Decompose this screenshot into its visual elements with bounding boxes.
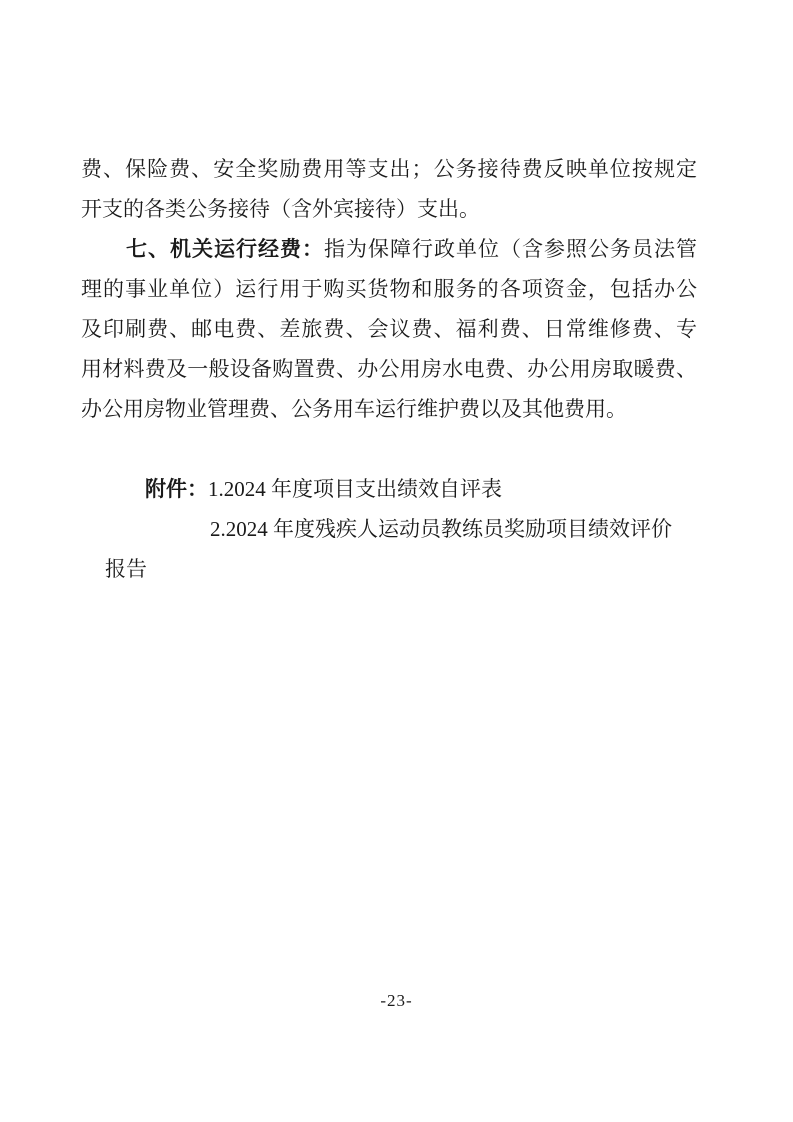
attachment-line-1: 附件：1.2024 年度项目支出绩效自评表 — [81, 469, 697, 509]
body-line-3: 七、机关运行经费：指为保障行政单位（含参照公务员法管 — [81, 229, 697, 269]
body-line-4: 理的事业单位）运行用于购买货物和服务的各项资金，包括办公 — [81, 269, 697, 309]
body-line-6: 用材料费及一般设备购置费、办公用房水电费、办公用房取暖费、 — [81, 349, 697, 389]
attachment-label: 附件： — [145, 478, 208, 501]
attachment-item-1: 1.2024 年度项目支出绩效自评表 — [208, 477, 502, 501]
section-heading-rest: 指为保障行政单位（含参照公务员法管 — [324, 237, 697, 261]
body-line-1: 费、保险费、安全奖励费用等支出；公务接待费反映单位按规定 — [81, 149, 697, 189]
page-number: -23- — [0, 991, 793, 1011]
document-page: 费、保险费、安全奖励费用等支出；公务接待费反映单位按规定 开支的各类公务接待（含… — [0, 0, 793, 1122]
document-body: 费、保险费、安全奖励费用等支出；公务接待费反映单位按规定 开支的各类公务接待（含… — [81, 149, 697, 589]
section-heading: 七、机关运行经费： — [126, 238, 324, 261]
attachment-line-3: 报告 — [81, 549, 697, 589]
blank-line — [81, 429, 697, 469]
attachment-line-2: 2.2024 年度残疾人运动员教练员奖励项目绩效评价 — [81, 509, 697, 549]
body-line-7: 办公用房物业管理费、公务用车运行维护费以及其他费用。 — [81, 389, 697, 429]
body-line-2: 开支的各类公务接待（含外宾接待）支出。 — [81, 189, 697, 229]
body-line-5: 及印刷费、邮电费、差旅费、会议费、福利费、日常维修费、专 — [81, 309, 697, 349]
